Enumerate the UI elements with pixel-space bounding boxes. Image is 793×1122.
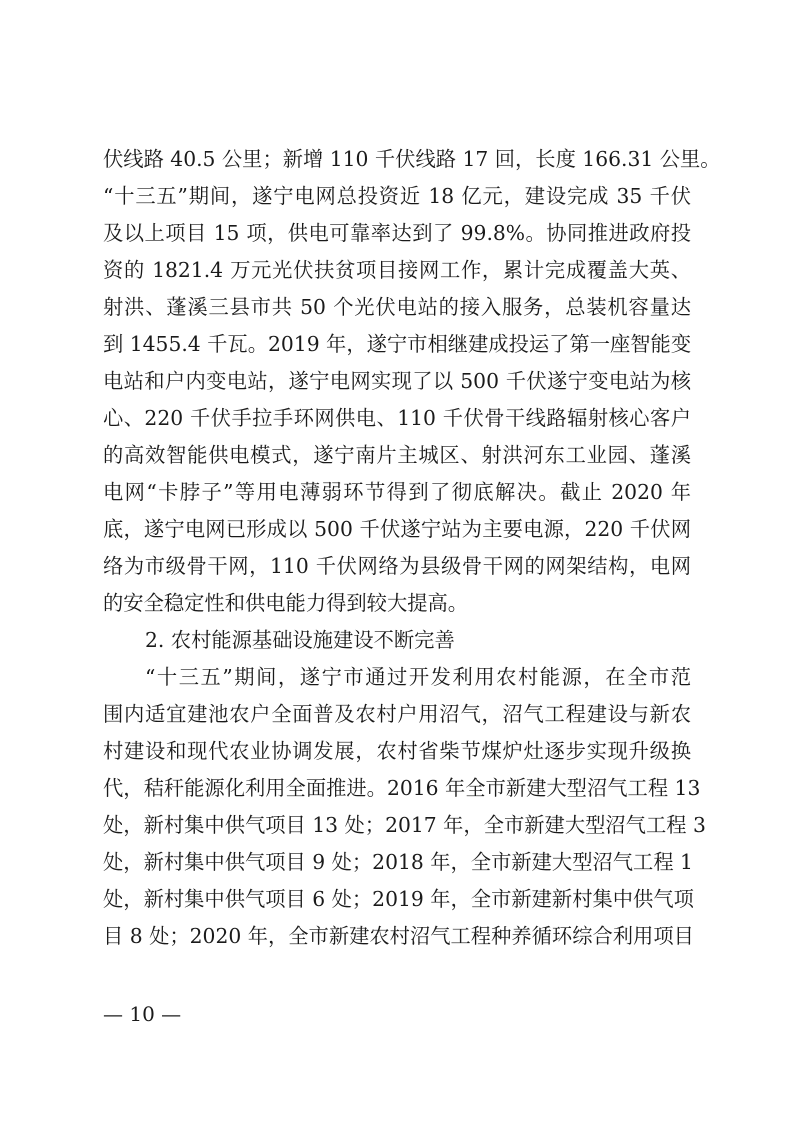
paragraph-line: 处，新村集中供气项目 6 处；2019 年，全市新建新村集中供气项 — [103, 884, 691, 914]
paragraph-line: “十三五”期间，遂宁电网总投资近 18 亿元，建设完成 35 千伏 — [103, 181, 691, 211]
paragraph-line: 电站和户内变电站，遂宁电网实现了以 500 千伏遂宁变电站为核 — [103, 366, 691, 396]
paragraph-line: 电网“卡脖子”等用电薄弱环节得到了彻底解决。截止 2020 年 — [103, 477, 691, 507]
paragraph-line: 资的 1821.4 万元光伏扶贫项目接网工作，累计完成覆盖大英、 — [103, 255, 691, 285]
paragraph-line: 的安全稳定性和供电能力得到较大提高。 — [103, 588, 691, 618]
paragraph-line: 射洪、蓬溪三县市共 50 个光伏电站的接入服务，总装机容量达 — [103, 292, 691, 322]
paragraph-line: 处，新村集中供气项目 13 处；2017 年，全市新建大型沼气工程 3 — [103, 810, 691, 840]
paragraph-line: 的高效智能供电模式，遂宁南片主城区、射洪河东工业园、蓬溪 — [103, 440, 691, 470]
paragraph-line: 到 1455.4 千瓦。2019 年，遂宁市相继建成投运了第一座智能变 — [103, 329, 691, 359]
paragraph-line: “十三五”期间，遂宁市通过开发利用农村能源，在全市范 — [103, 662, 691, 692]
paragraph-line: 处，新村集中供气项目 9 处；2018 年，全市新建大型沼气工程 1 — [103, 847, 691, 877]
section-heading: 2. 农村能源基础设施建设不断完善 — [103, 625, 691, 655]
paragraph-line: 伏线路 40.5 公里；新增 110 千伏线路 17 回，长度 166.31 公… — [103, 144, 691, 174]
paragraph-line: 底，遂宁电网已形成以 500 千伏遂宁站为主要电源，220 千伏网 — [103, 514, 691, 544]
paragraph-line: 围内适宜建池农户全面普及农村户用沼气，沼气工程建设与新农 — [103, 699, 691, 729]
paragraph-line: 村建设和现代农业协调发展，农村省柴节煤炉灶逐步实现升级换 — [103, 736, 691, 766]
paragraph-line: 心、220 千伏手拉手环网供电、110 千伏骨干线路辐射核心客户 — [103, 403, 691, 433]
page-number: — 10 — — [103, 1000, 181, 1028]
paragraph-line: 目 8 处；2020 年，全市新建农村沼气工程种养循环综合利用项目 — [103, 921, 691, 951]
paragraph-line: 及以上项目 15 项，供电可靠率达到了 99.8%。协同推进政府投 — [103, 218, 691, 248]
paragraph-line: 代，秸秆能源化利用全面推进。2016 年全市新建大型沼气工程 13 — [103, 773, 691, 803]
paragraph-line: 络为市级骨干网，110 千伏网络为县级骨干网的网架结构，电网 — [103, 551, 691, 581]
